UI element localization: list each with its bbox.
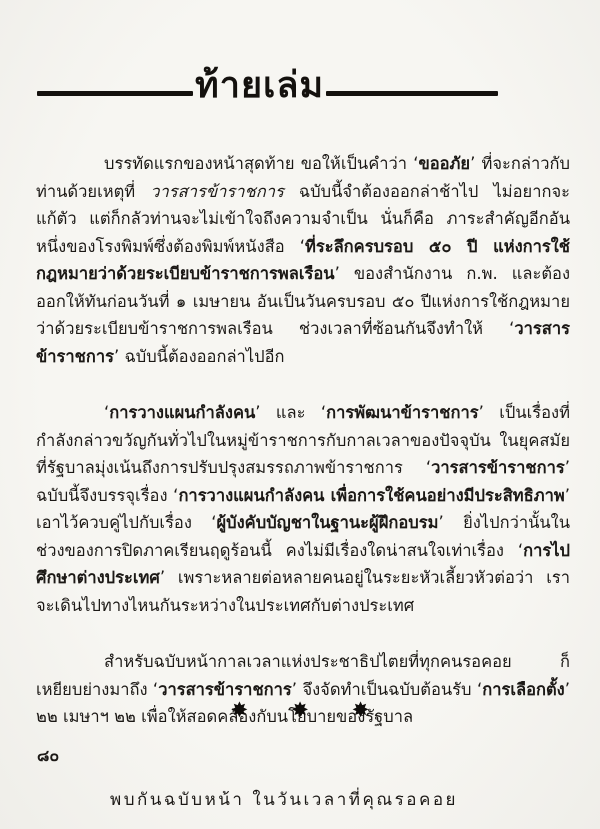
scanned-document-page: ท้ายเล่ม บรรทัดแรกของหน้าสุดท้าย ขอให้เป… [0,0,600,829]
page-number: ๘๐ [37,744,59,769]
star-icon: ✸ [291,700,309,721]
paragraph-2: ‘การวางแผนกำลังคน’ และ ‘การพัฒนาข้าราชกา… [36,399,570,619]
text-run: การเลือกตั้ง [482,680,565,699]
masthead: ท้ายเล่ม [37,62,498,110]
closing-line: พบกันฉบับหน้า ในวันเวลาที่คุณรอคอย [110,787,570,815]
page-title: ท้ายเล่ม [193,62,326,110]
text-run: วารสารข้าราชการ [150,182,284,201]
text-run: การวางแผนกำลังคน [109,403,255,422]
paragraph-1: บรรทัดแรกของหน้าสุดท้าย ขอให้เป็นคำว่า ‘… [36,150,570,370]
title-rule-right [326,91,498,96]
star-separator-row: ✸ ✸ ✸ [0,700,600,721]
text-run: ’ จึงจัดทำเป็นฉบับต้อนรับ ‘ [292,680,482,699]
title-rule-left [37,91,193,96]
text-run: วารสารข้าราชการ [158,680,292,699]
text-run: วารสารข้าราชการ [431,458,565,477]
text-run: การพัฒนาข้าราชการ [326,403,478,422]
text-run: การวางแผนกำลังคน เพื่อการใช้คนอย่างมีประ… [178,486,564,505]
text-run: ผู้บังคับบัญชาในฐานะผู้ฝึกอบรม [216,513,438,532]
text-run: ’ และ ‘ [255,403,326,422]
text-run: ขออภัย [418,154,470,173]
text-run: บรรทัดแรกของหน้าสุดท้าย ขอให้เป็นคำว่า ‘ [104,154,418,173]
text-run: ’ ฉบับนี้ต้องออกล่าไปอีก [114,347,285,366]
star-icon: ✸ [352,700,370,721]
star-icon: ✸ [231,700,249,721]
